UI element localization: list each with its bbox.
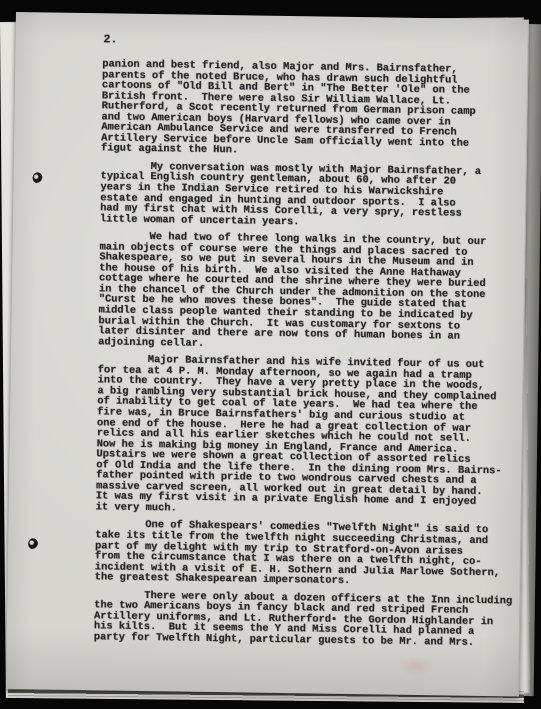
- typed-text-block: panion and best friend, also Major and M…: [94, 59, 527, 656]
- paragraph-5: One of Shakespears' comedies "Twelfth Ni…: [95, 520, 520, 590]
- paragraph-3: We had two of three long walks in the co…: [98, 231, 524, 353]
- pink-stain: [399, 656, 433, 677]
- paragraph-4: Major Bairnsfather and his wife invited …: [96, 354, 522, 518]
- punch-hole-bottom: [28, 538, 38, 549]
- paragraph-2: My conversation was mostly with Major Ba…: [100, 161, 525, 231]
- scan-photo: 2. panion and best friend, also Major an…: [0, 0, 541, 709]
- paragraph-6: There were only about a dozen officers a…: [94, 590, 519, 649]
- page-number: 2.: [104, 34, 118, 46]
- punch-hole-top: [32, 172, 42, 183]
- paragraph-1: panion and best friend, also Major and M…: [101, 59, 526, 160]
- document-page: 2. panion and best friend, also Major an…: [6, 12, 529, 697]
